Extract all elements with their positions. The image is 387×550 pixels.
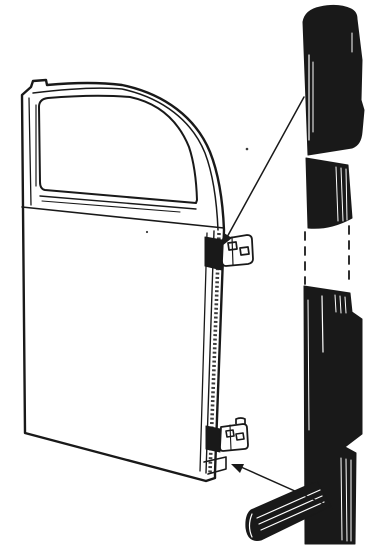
car-door: Car door Door window opening Door belt l… [22,80,248,481]
scan-speck [246,148,249,151]
figure-canvas: Car door Door window opening Door belt l… [0,0,387,550]
scan-speck [146,231,148,233]
door-hinge-pillar-figure: Car door Door window opening Door belt l… [0,0,387,550]
pillar-seal-strip: Hinge-pillar seal strip (enlarged detail… [246,5,364,544]
pillar-seal-middle [306,158,352,228]
upper-arrow-line [226,97,304,239]
upper-callout-arrow: Leader arrow to upper hinge [222,97,304,246]
pillar-break-lines: Break lines in seal strip [305,226,349,284]
upper-hinge-mount [205,237,222,270]
pillar-seal-top [303,5,364,155]
lower-hinge-tab [236,418,245,424]
lower-arrow-head [231,464,244,473]
lower-hinge-mount [206,426,220,452]
